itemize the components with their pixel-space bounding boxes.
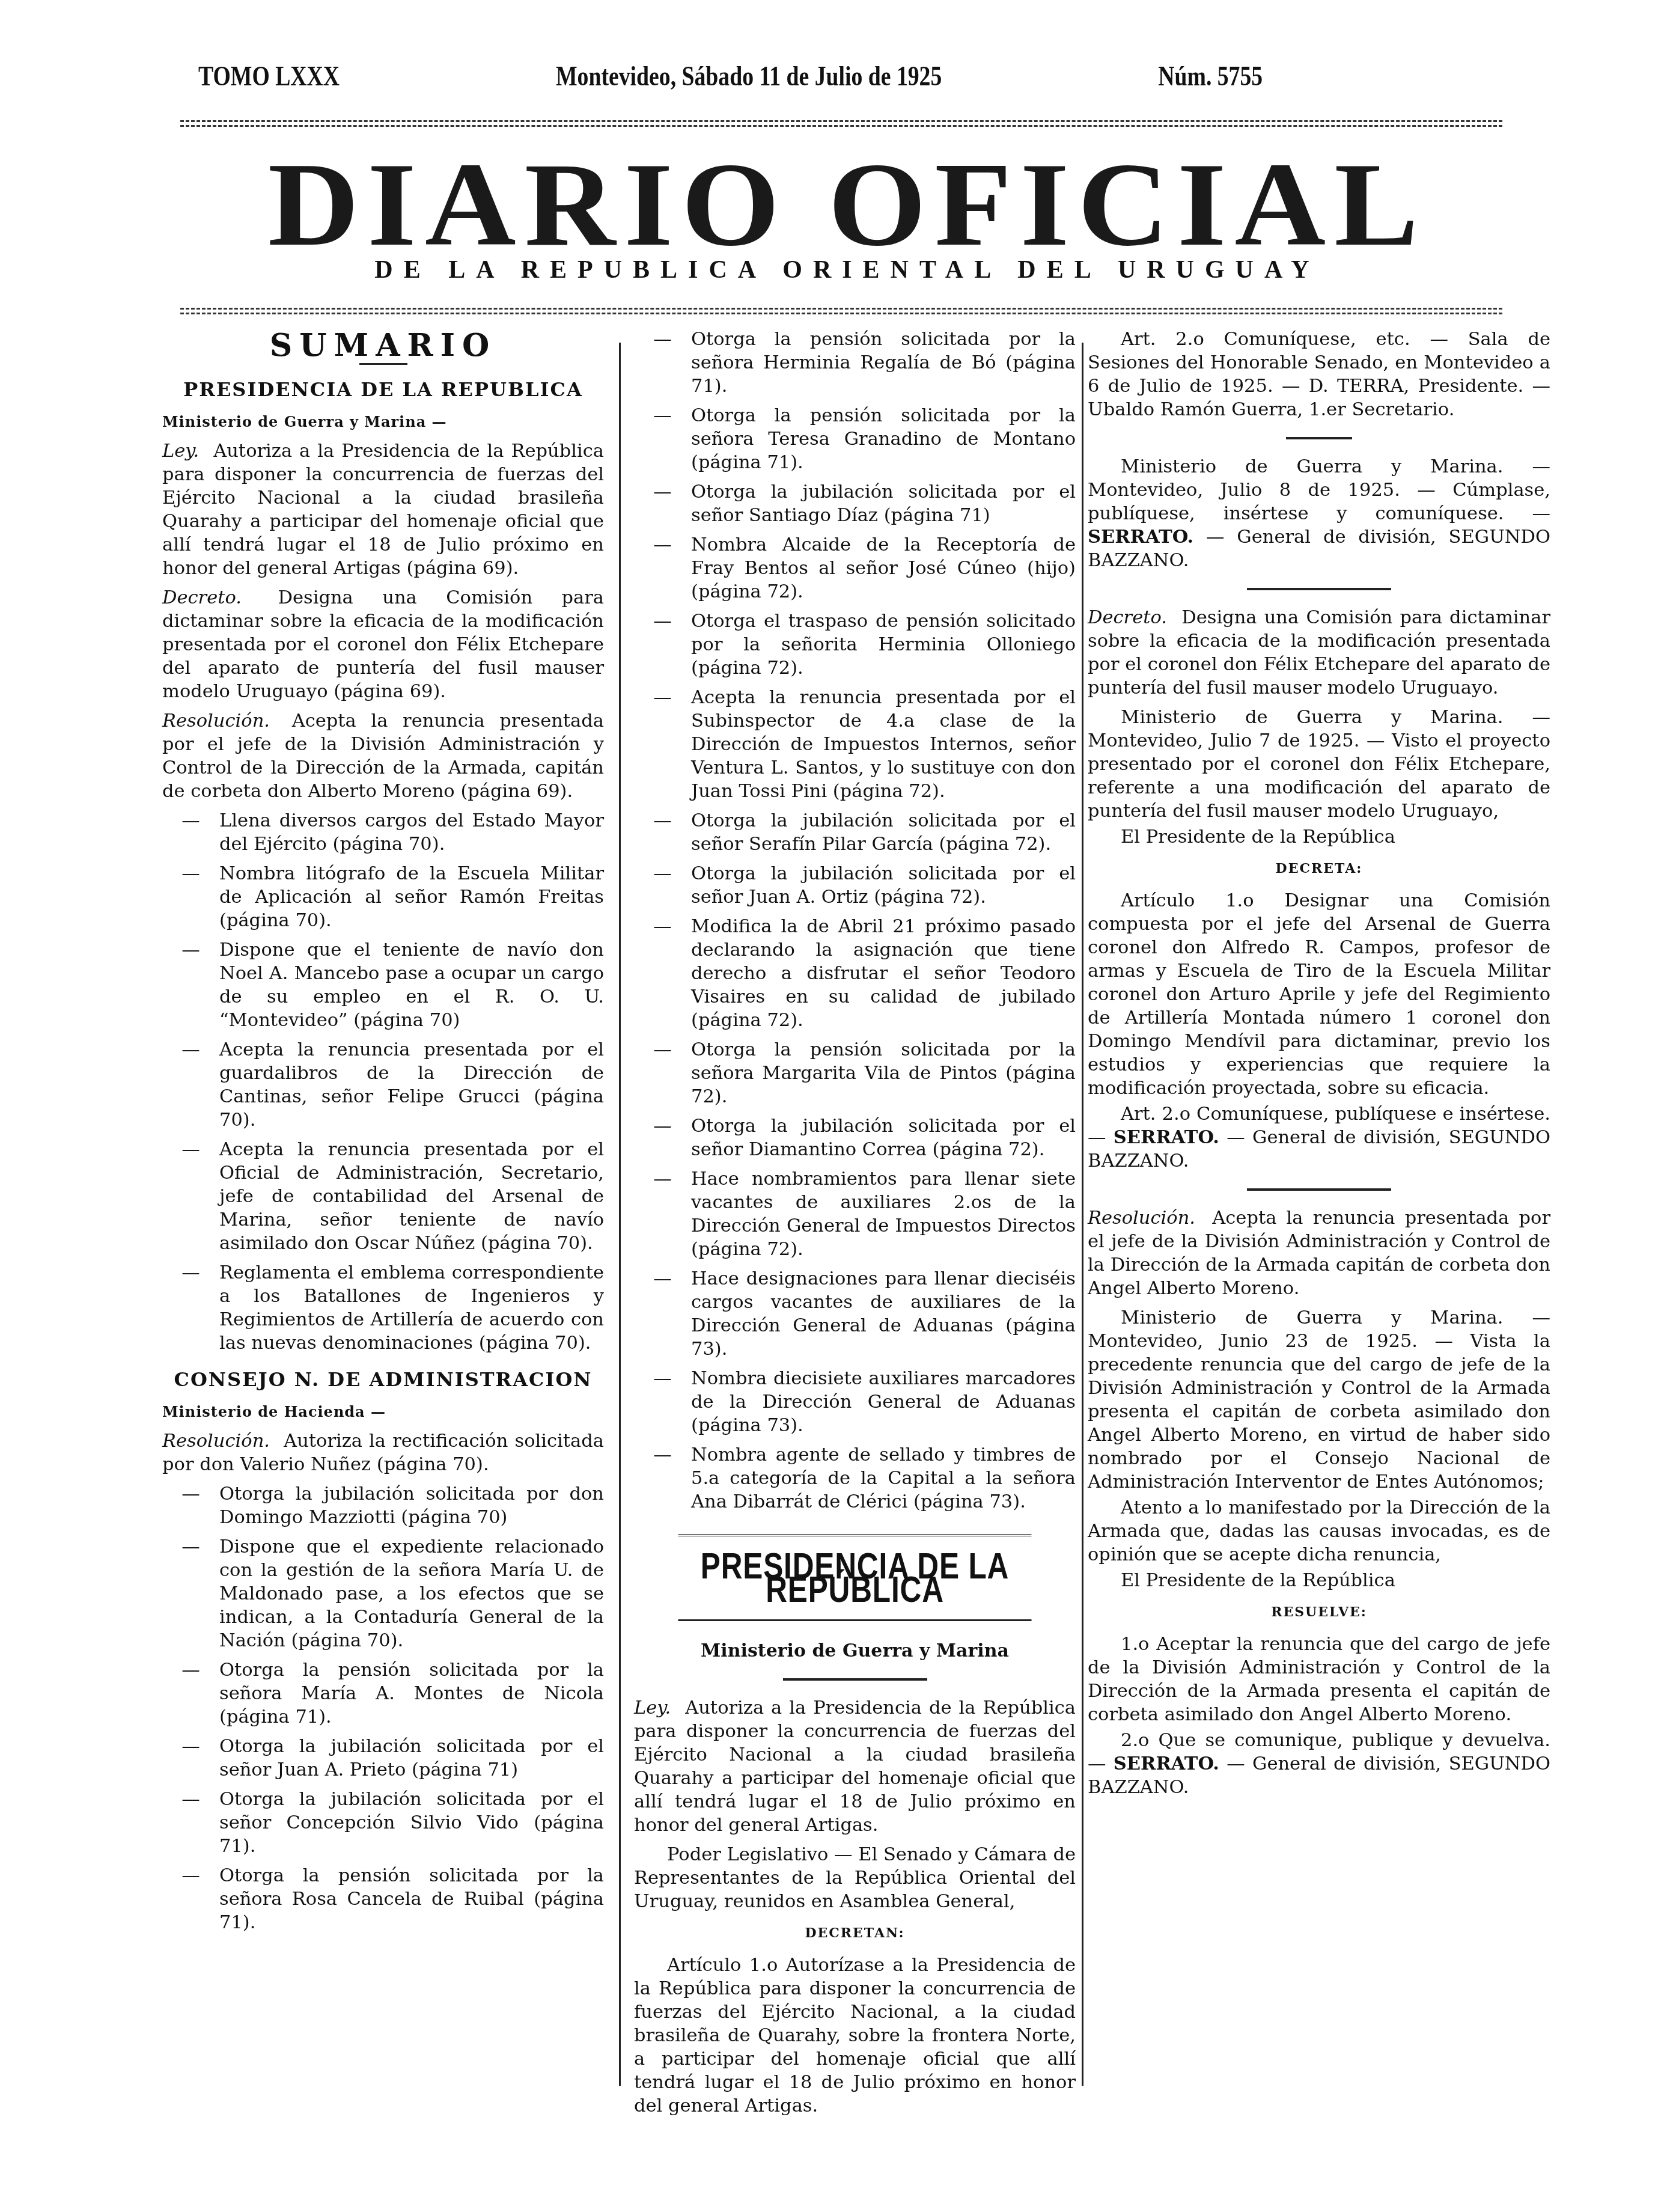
article-1: Artículo 1.o Designar una Comisión compu… [1088,889,1550,1100]
sumario-entry: —Otorga la jubilación solicitada por el … [634,1114,1076,1161]
sumario-entry: —Acepta la renuncia presentada por el Of… [162,1138,604,1255]
sumario-entry: —Dispone que el teniente de navío don No… [162,938,604,1032]
volume-number: TOMO LXXX [198,60,340,92]
masthead-rule [180,308,1502,310]
sumario-entry: —Otorga la jubilación solicitada por el … [162,1788,604,1858]
sumario-entry: —Reglamenta el emblema correspondiente a… [162,1261,604,1355]
sumario-entry: —Otorga el traspaso de pensión solicitad… [634,610,1076,680]
dateline-bar: TOMO LXXX Montevideo, Sábado 11 de Julio… [198,60,1263,92]
sumario-entry: —Hace designaciones para llenar dieciséi… [634,1267,1076,1361]
header-rule [180,125,1502,127]
ministry-heading: Ministerio de Hacienda — [162,1400,604,1423]
sumario-entry: —Nombra Alcaide de la Receptoría de Fray… [634,533,1076,603]
article-2: Art. 2.o Comuníquese, etc. — Sala de Ses… [1088,328,1550,421]
president-line: El Presidente de la República [1088,1569,1550,1592]
act-summary: Resolución. Acepta la renuncia presentad… [1088,1206,1550,1300]
sumario-entry: —Modifica la de Abril 21 próximo pasado … [634,915,1076,1032]
divider [1247,588,1391,590]
masthead-title: DIARIO OFICIAL [186,144,1508,264]
sumario-entry: —Otorga la pensión solicitada por la señ… [634,328,1076,398]
point-2: 2.o Que se comunique, publique y devuelv… [1088,1729,1550,1799]
article-2: Art. 2.o Comuníquese, publíquese e insér… [1088,1102,1550,1173]
sumario-title: SUMARIO [162,334,604,357]
divider [1286,437,1352,439]
preamble: Poder Legislativo — El Senado y Cámara d… [634,1843,1076,1913]
sumario-entry: —Acepta la renuncia presentada por el gu… [162,1038,604,1132]
section-title: PRESIDENCIA DE LA REPUBLICA [162,378,604,402]
act-summary: Ley. Autoriza a la Presidencia de la Rep… [634,1696,1076,1837]
sumario-entry: —Otorga la pensión solicitada por la señ… [634,404,1076,474]
resuelve-heading: RESUELVE: [1088,1601,1550,1624]
sumario-entry: —Otorga la pensión solicitada por la señ… [634,1038,1076,1108]
president-line: El Presidente de la República [1088,825,1550,849]
point-1: 1.o Aceptar la renuncia que del cargo de… [1088,1633,1550,1726]
preamble: Ministerio de Guerra y Marina. — Montevi… [1088,706,1550,823]
sumario-entry: —Otorga la jubilación solicitada por el … [634,480,1076,527]
sumario-entry: Ley. Autoriza a la Presidencia de la Rep… [162,439,604,580]
decretan-heading: DECRETAN: [634,1922,1076,1945]
dateline: Montevideo, Sábado 11 de Julio de 1925 [556,60,942,92]
divider [1247,1188,1391,1191]
sumario-entry: Decreto. Designa una Comisión para dicta… [162,586,604,703]
column-divider [619,343,621,2086]
sumario-entry: —Nombra agente de sellado y timbres de 5… [634,1443,1076,1514]
ministry-heading: Ministerio de Guerra y Marina [634,1639,1076,1663]
sumario-entry: Resolución. Autoriza la rectificación so… [162,1429,604,1476]
sumario-entry: —Nombra diecisiete auxiliares marcadores… [634,1367,1076,1437]
sumario-entry: —Nombra litógrafo de la Escuela Militar … [162,862,604,932]
sumario-entry: Resolución. Acepta la renuncia presentad… [162,709,604,803]
sumario-entry: —Acepta la renuncia presentada por el Su… [634,686,1076,803]
body-column-3: Art. 2.o Comuníquese, etc. — Sala de Ses… [1088,328,1550,1801]
sumario-column-1: SUMARIO PRESIDENCIA DE LA REPUBLICA Mini… [162,328,604,1940]
sumario-entry: —Otorga la jubilación solicitada por don… [162,1482,604,1529]
issue-number: Núm. 5755 [1158,60,1263,92]
masthead-subtitle: DE LA REPUBLICA ORIENTAL DEL URUGUAY [186,255,1508,284]
header-rule [180,120,1502,122]
masthead-rule [180,313,1502,314]
sumario-entry: —Otorga la jubilación solicitada por el … [634,862,1076,909]
promulgation: Ministerio de Guerra y Marina. — Montevi… [1088,455,1550,572]
ministry-heading: Ministerio de Guerra y Marina — [162,410,604,433]
sumario-entry: —Otorga la pensión solicitada por la señ… [162,1658,604,1729]
section-banner: PRESIDENCIA DE LA REPÚBLICA [678,1534,1032,1621]
sumario-entry: —Llena diversos cargos del Estado Mayor … [162,809,604,856]
section-title: CONSEJO N. DE ADMINISTRACION [162,1368,604,1392]
divider [783,1678,927,1681]
column-divider [1082,343,1083,2086]
sumario-entry: —Hace nombramientos para llenar siete va… [634,1167,1076,1261]
sumario-entry: —Otorga la jubilación solicitada por el … [162,1735,604,1782]
decreta-heading: DECRETA: [1088,857,1550,881]
sumario-entry: —Otorga la pensión solicitada por la señ… [162,1864,604,1934]
sumario-entry: —Otorga la jubilación solicitada por el … [634,809,1076,856]
act-summary: Decreto. Designa una Comisión para dicta… [1088,606,1550,700]
article-1: Artículo 1.o Autorízase a la Presidencia… [634,1954,1076,2118]
atento: Atento a lo manifestado por la Dirección… [1088,1496,1550,1566]
preamble: Ministerio de Guerra y Marina. — Montevi… [1088,1306,1550,1494]
sumario-column-2: —Otorga la pensión solicitada por la señ… [634,328,1076,2120]
sumario-entry: —Dispone que el expediente relacionado c… [162,1535,604,1652]
